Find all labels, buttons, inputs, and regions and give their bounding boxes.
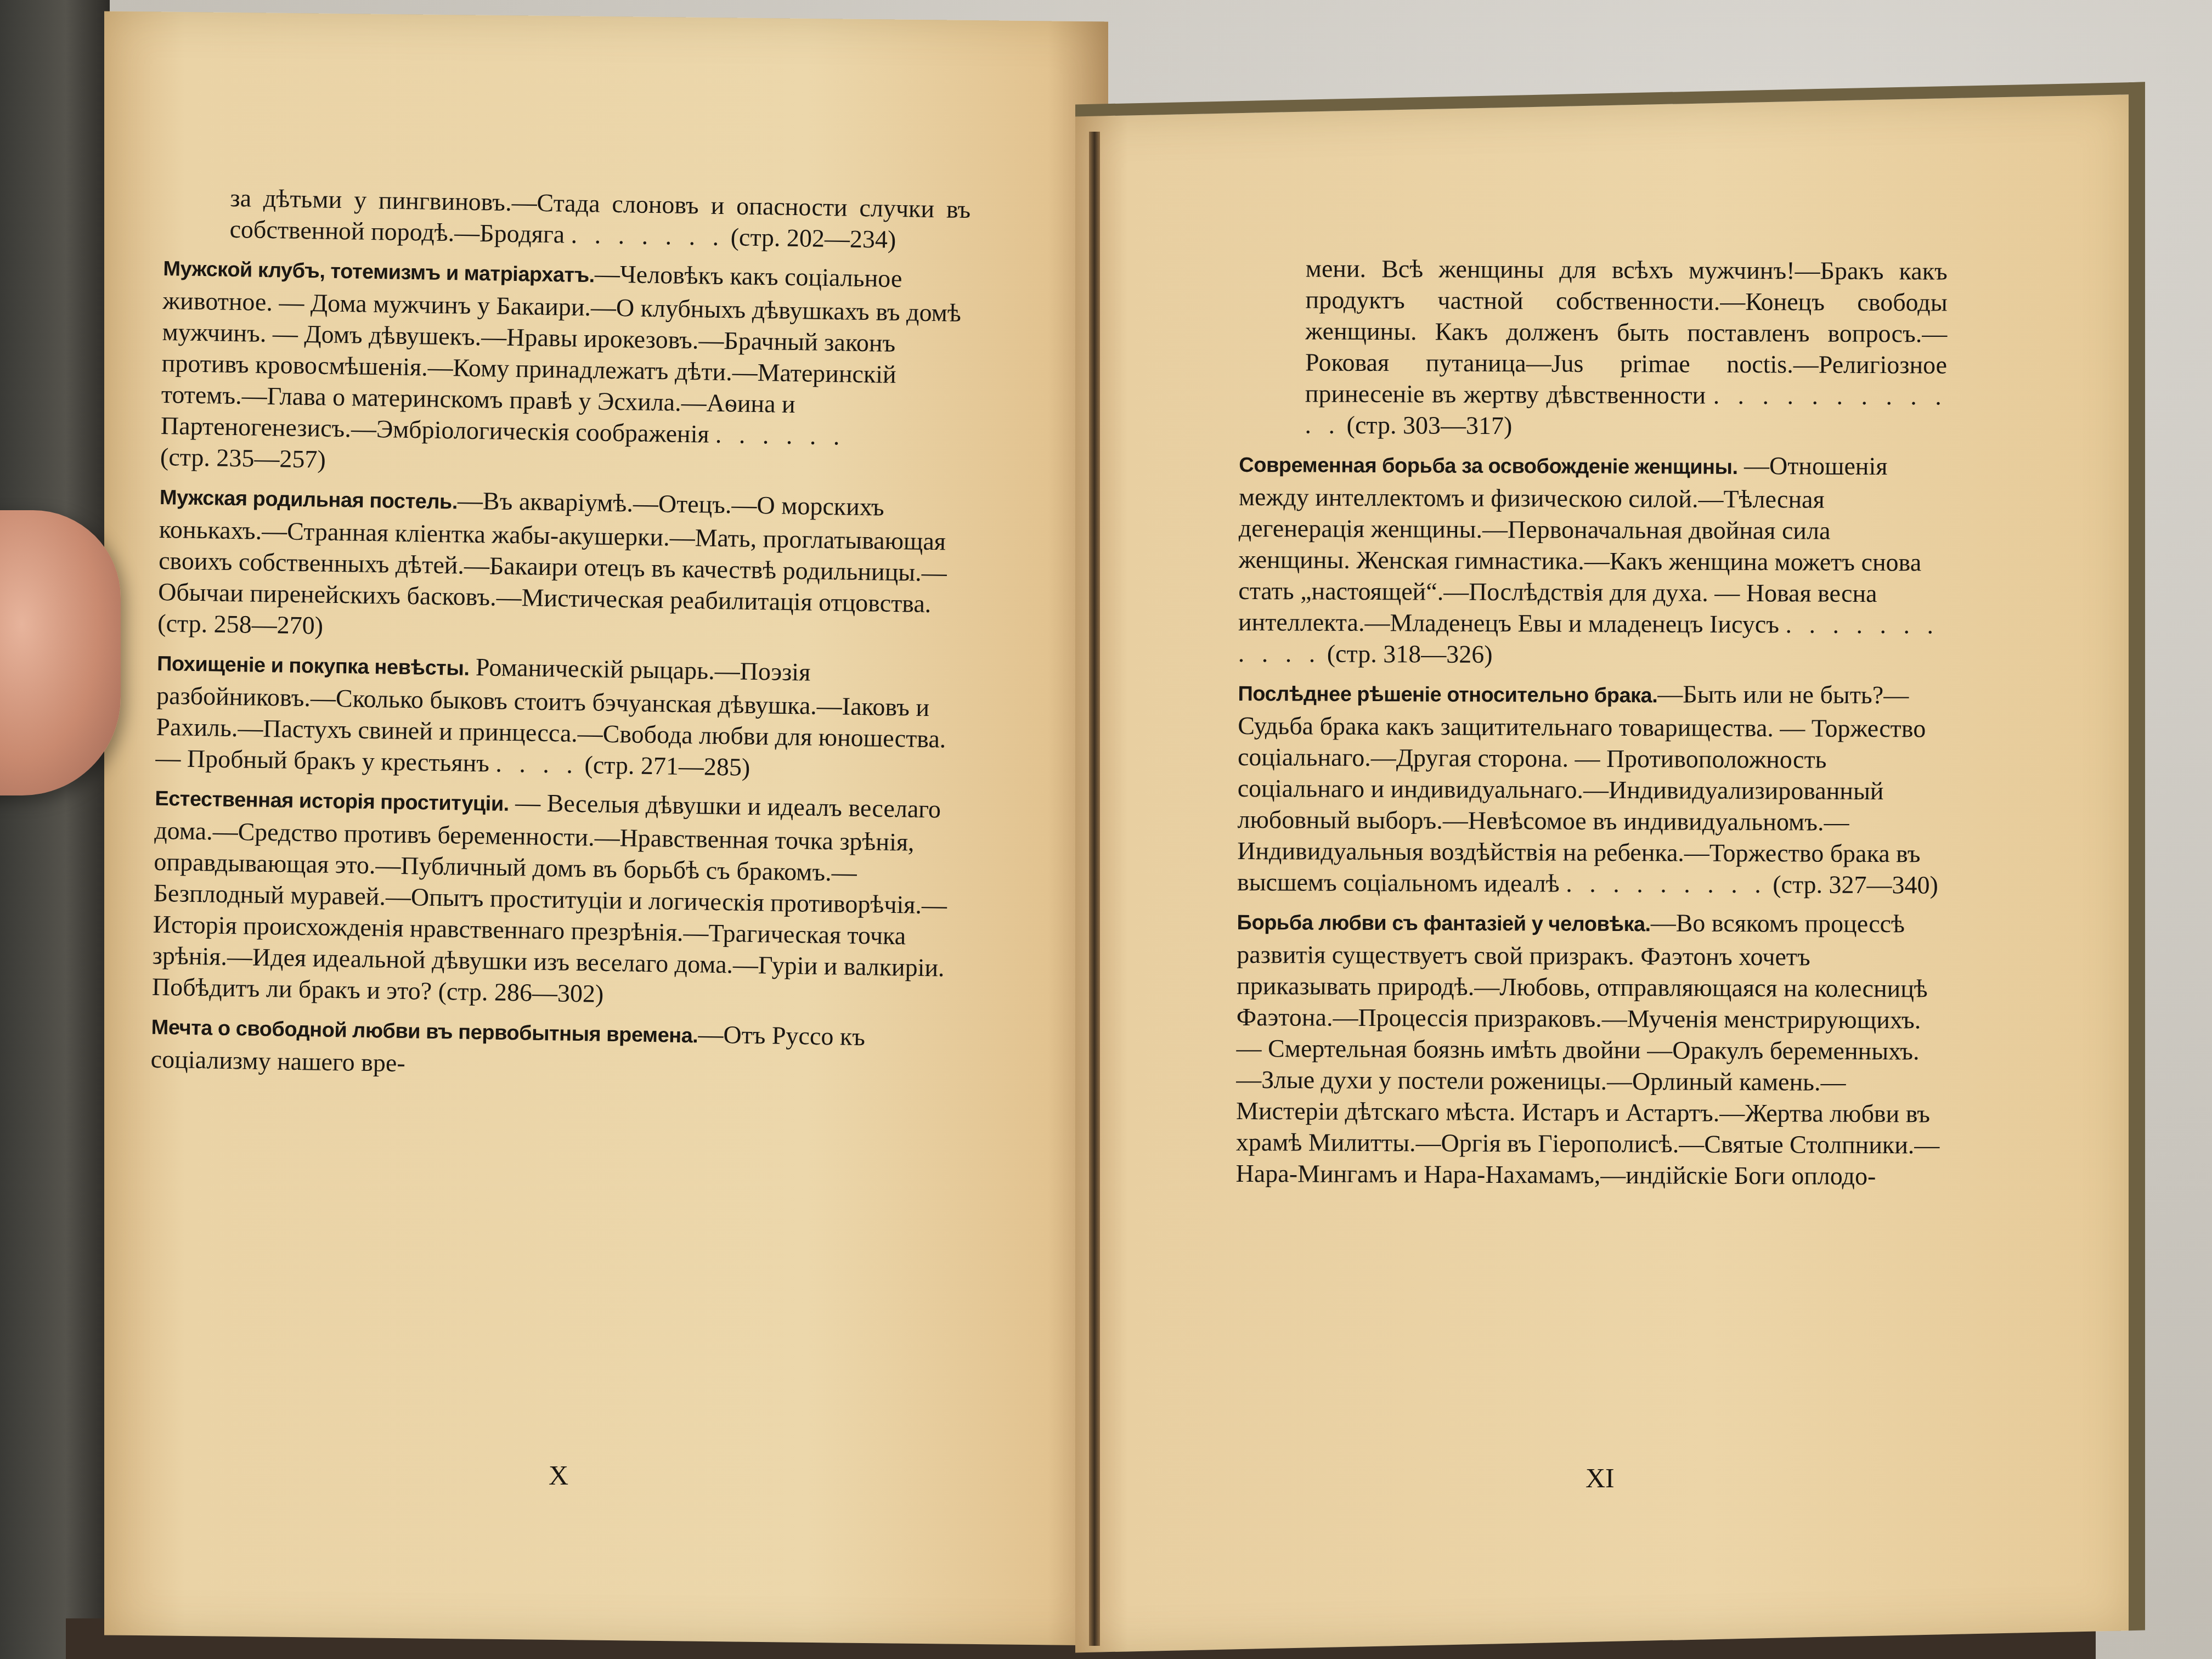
toc-continuation: за дѣтьми у пингвиновъ.—Стада слоновъ и … bbox=[163, 181, 971, 256]
entry-text: — Веселыя дѣвушки и идеалъ веселаго дома… bbox=[152, 788, 947, 1005]
holding-thumb bbox=[0, 510, 121, 795]
dot-leader: . . . . . . bbox=[715, 420, 845, 450]
toc-entry: Современная борьба за освобожденіе женщи… bbox=[1238, 448, 1947, 672]
entry-title: Борьба любви съ фантазіей у человѣка. bbox=[1237, 911, 1651, 936]
entry-title: Мечта о свободной любви въ первобытныя в… bbox=[151, 1016, 698, 1048]
page-range: (стр. 327—340) bbox=[1773, 870, 1938, 899]
toc-entry: Мужская родильная постель.—Въ акваріумѣ.… bbox=[157, 480, 966, 651]
toc-entry: Мужской клубъ, тотемизмъ и матріархатъ.—… bbox=[160, 251, 970, 485]
page-range: (стр. 202—234) bbox=[730, 223, 896, 253]
page-range: (стр. 258—270) bbox=[157, 609, 323, 640]
entry-title: Послѣднее рѣшеніе относительно брака. bbox=[1238, 682, 1657, 707]
dot-leader: . . . . bbox=[495, 749, 578, 778]
entry-title: Естественная исторія проституціи. bbox=[155, 787, 509, 816]
toc-entry: Естественная исторія проституціи. — Весе… bbox=[151, 781, 961, 1015]
toc-entry: Борьба любви съ фантазіей у человѣка.—Во… bbox=[1236, 905, 1945, 1192]
toc-continuation: мени. Всѣ женщины для всѣхъ мужчинъ!—Бра… bbox=[1239, 252, 1948, 443]
entry-text: —Во всякомъ процессѣ развитія существует… bbox=[1236, 909, 1940, 1190]
page-number-right: XI bbox=[1585, 1462, 1615, 1494]
left-page-contents: за дѣтьми у пингвиновъ.—Стада слоновъ и … bbox=[150, 181, 971, 1095]
page-range: (стр. 271—285) bbox=[584, 751, 750, 781]
dot-leader: . . . . . . . bbox=[571, 221, 724, 251]
page-range: (стр. 318—326) bbox=[1327, 640, 1493, 668]
entry-title: Мужской клубъ, тотемизмъ и матріархатъ. bbox=[163, 257, 595, 287]
entry-text: —Человѣкъ какъ соціальное животное. — До… bbox=[161, 259, 962, 448]
entry-title: Современная борьба за освобожденіе женщи… bbox=[1239, 454, 1737, 479]
book-gutter bbox=[1089, 132, 1100, 1646]
page-range: (стр. 286—302) bbox=[438, 977, 603, 1008]
page-range: (стр. 235—257) bbox=[160, 443, 326, 473]
page-range: (стр. 303—317) bbox=[1347, 411, 1513, 439]
toc-entry: Послѣднее рѣшеніе относительно брака.—Бы… bbox=[1237, 676, 1946, 901]
toc-entry: Мечта о свободной любви въ первобытныя в… bbox=[150, 1010, 958, 1087]
entry-text: —Быть или не быть?—Судьба брака какъ защ… bbox=[1237, 680, 1926, 897]
dot-leader: . . . . . . . . . bbox=[1566, 870, 1767, 899]
page-number-left: X bbox=[549, 1459, 568, 1491]
background-dark-surface bbox=[0, 0, 110, 1659]
entry-title: Мужская родильная постель. bbox=[160, 486, 458, 514]
entry-title: Похищеніе и покупка невѣсты. bbox=[157, 652, 470, 680]
right-page-contents: мени. Всѣ женщины для всѣхъ мужчинъ!—Бра… bbox=[1235, 252, 1947, 1200]
toc-entry: Похищеніе и покупка невѣсты. Романическі… bbox=[155, 646, 963, 786]
